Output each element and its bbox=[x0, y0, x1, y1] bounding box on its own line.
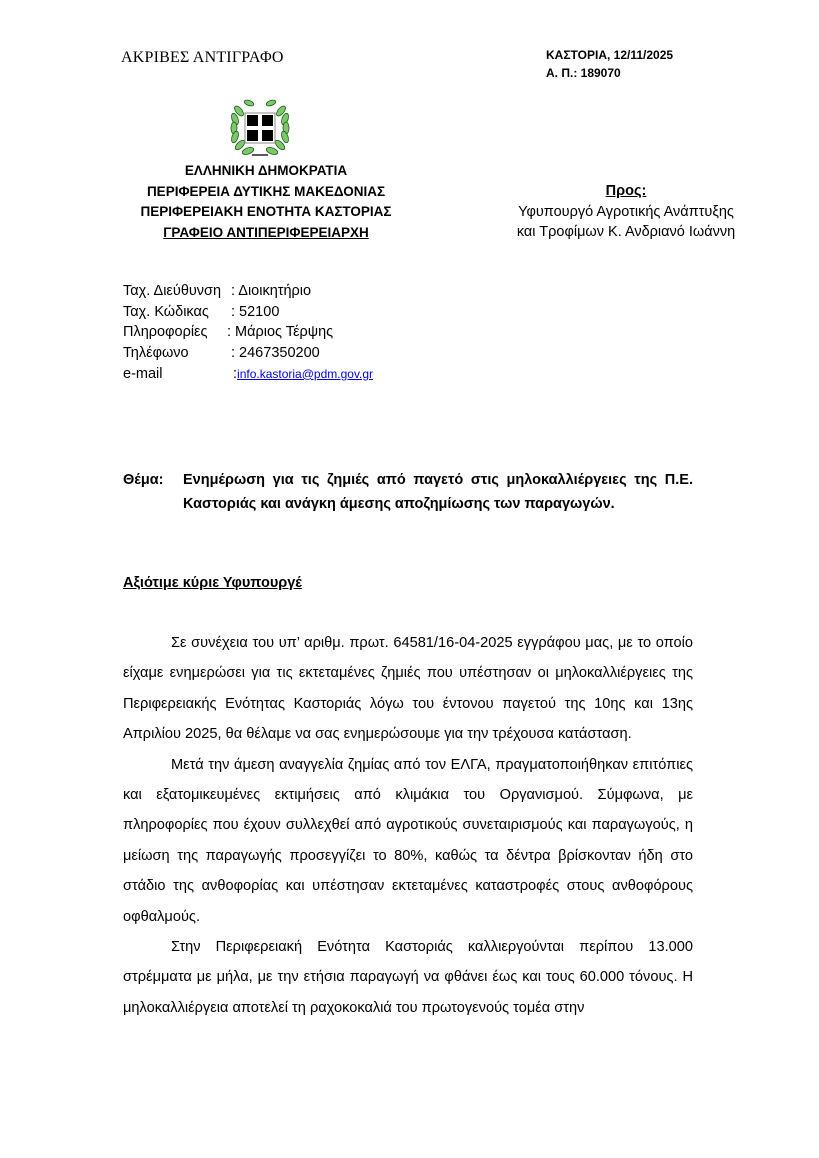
contact-row: Ταχ. Διεύθυνση : Διοικητήριο bbox=[123, 281, 373, 302]
subject-line-1: Θέμα:Ενημέρωση για τις ζημιές από παγετό… bbox=[123, 468, 693, 492]
recipient-block: Προς: Υφυπουργό Αγροτικής Ανάπτυξης και … bbox=[500, 181, 752, 243]
contact-value: : Μάριος Τέρψης bbox=[227, 322, 333, 343]
recipient-line: και Τροφίμων Κ. Ανδριανό Ιωάννη bbox=[500, 222, 752, 243]
contact-row: Τηλέφωνο : 2467350200 bbox=[123, 343, 373, 364]
contact-label: Τηλέφωνο bbox=[123, 343, 231, 364]
recipient-line: Υφυπουργό Αγροτικής Ανάπτυξης bbox=[500, 202, 752, 223]
issuer-line: ΕΛΛΗΝΙΚΗ ΔΗΜΟΚΡΑΤΙΑ bbox=[120, 161, 412, 182]
subject-block: Θέμα:Ενημέρωση για τις ζημιές από παγετό… bbox=[123, 468, 693, 516]
issuer-line: ΠΕΡΙΦΕΡΕΙΑΚΗ ΕΝΟΤΗΤΑ ΚΑΣΤΟΡΙΑΣ bbox=[120, 202, 412, 223]
contact-row: e-mail : info.kastoria@pdm.gov.gr bbox=[123, 364, 373, 385]
subject-text: Ενημέρωση για τις ζημιές από παγετό στις… bbox=[183, 472, 693, 488]
document-header-meta: ΚΑΣΤΟΡΙΑ, 12/11/2025 Α. Π.: 189070 bbox=[546, 46, 673, 82]
letter-body: Σε συνέχεια του υπ’ αριθμ. πρωτ. 64581/1… bbox=[123, 628, 693, 1023]
contact-value: : 52100 bbox=[231, 302, 279, 323]
contact-value: : 2467350200 bbox=[231, 343, 320, 364]
contact-row: Πληροφορίες : Μάριος Τέρψης bbox=[123, 322, 373, 343]
protocol-number: Α. Π.: 189070 bbox=[546, 64, 673, 82]
contact-label: Ταχ. Κώδικας bbox=[123, 302, 231, 323]
contact-value: : Διοικητήριο bbox=[231, 281, 311, 302]
body-paragraph: Στην Περιφερειακή Ενότητα Καστοριάς καλλ… bbox=[123, 932, 693, 1023]
issuer-office: ΓΡΑΦΕΙΟ ΑΝΤΙΠΕΡΙΦΕΡΕΙΑΡΧΗ bbox=[120, 223, 412, 244]
recipient-label: Προς: bbox=[500, 181, 752, 202]
issuer-block: ΕΛΛΗΝΙΚΗ ΔΗΜΟΚΡΑΤΙΑ ΠΕΡΙΦΕΡΕΙΑ ΔΥΤΙΚΗΣ Μ… bbox=[120, 161, 412, 243]
copy-label: ΑΚΡΙΒΕΣ ΑΝΤΙΓΡΑΦΟ bbox=[121, 49, 284, 67]
contact-label: Πληροφορίες bbox=[123, 322, 227, 343]
contact-details: Ταχ. Διεύθυνση : Διοικητήριο Ταχ. Κώδικα… bbox=[123, 281, 373, 385]
issuer-line: ΠΕΡΙΦΕΡΕΙΑ ΔΥΤΙΚΗΣ ΜΑΚΕΔΟΝΙΑΣ bbox=[120, 182, 412, 203]
body-paragraph: Σε συνέχεια του υπ’ αριθμ. πρωτ. 64581/1… bbox=[123, 628, 693, 750]
contact-label: Ταχ. Διεύθυνση bbox=[123, 281, 231, 302]
coat-of-arms-icon bbox=[229, 97, 291, 159]
email-link[interactable]: info.kastoria@pdm.gov.gr bbox=[237, 364, 373, 385]
subject-line-2: Καστοριάς και ανάγκη άμεσης αποζημίωσης … bbox=[123, 492, 693, 516]
contact-row: Ταχ. Κώδικας : 52100 bbox=[123, 302, 373, 323]
contact-label: e-mail bbox=[123, 364, 233, 385]
subject-label: Θέμα: bbox=[123, 468, 183, 492]
body-paragraph: Μετά την άμεση αναγγελία ζημίας από τον … bbox=[123, 750, 693, 932]
place-date: ΚΑΣΤΟΡΙΑ, 12/11/2025 bbox=[546, 46, 673, 64]
salutation: Αξιότιμε κύριε Υφυπουργέ bbox=[123, 575, 302, 591]
